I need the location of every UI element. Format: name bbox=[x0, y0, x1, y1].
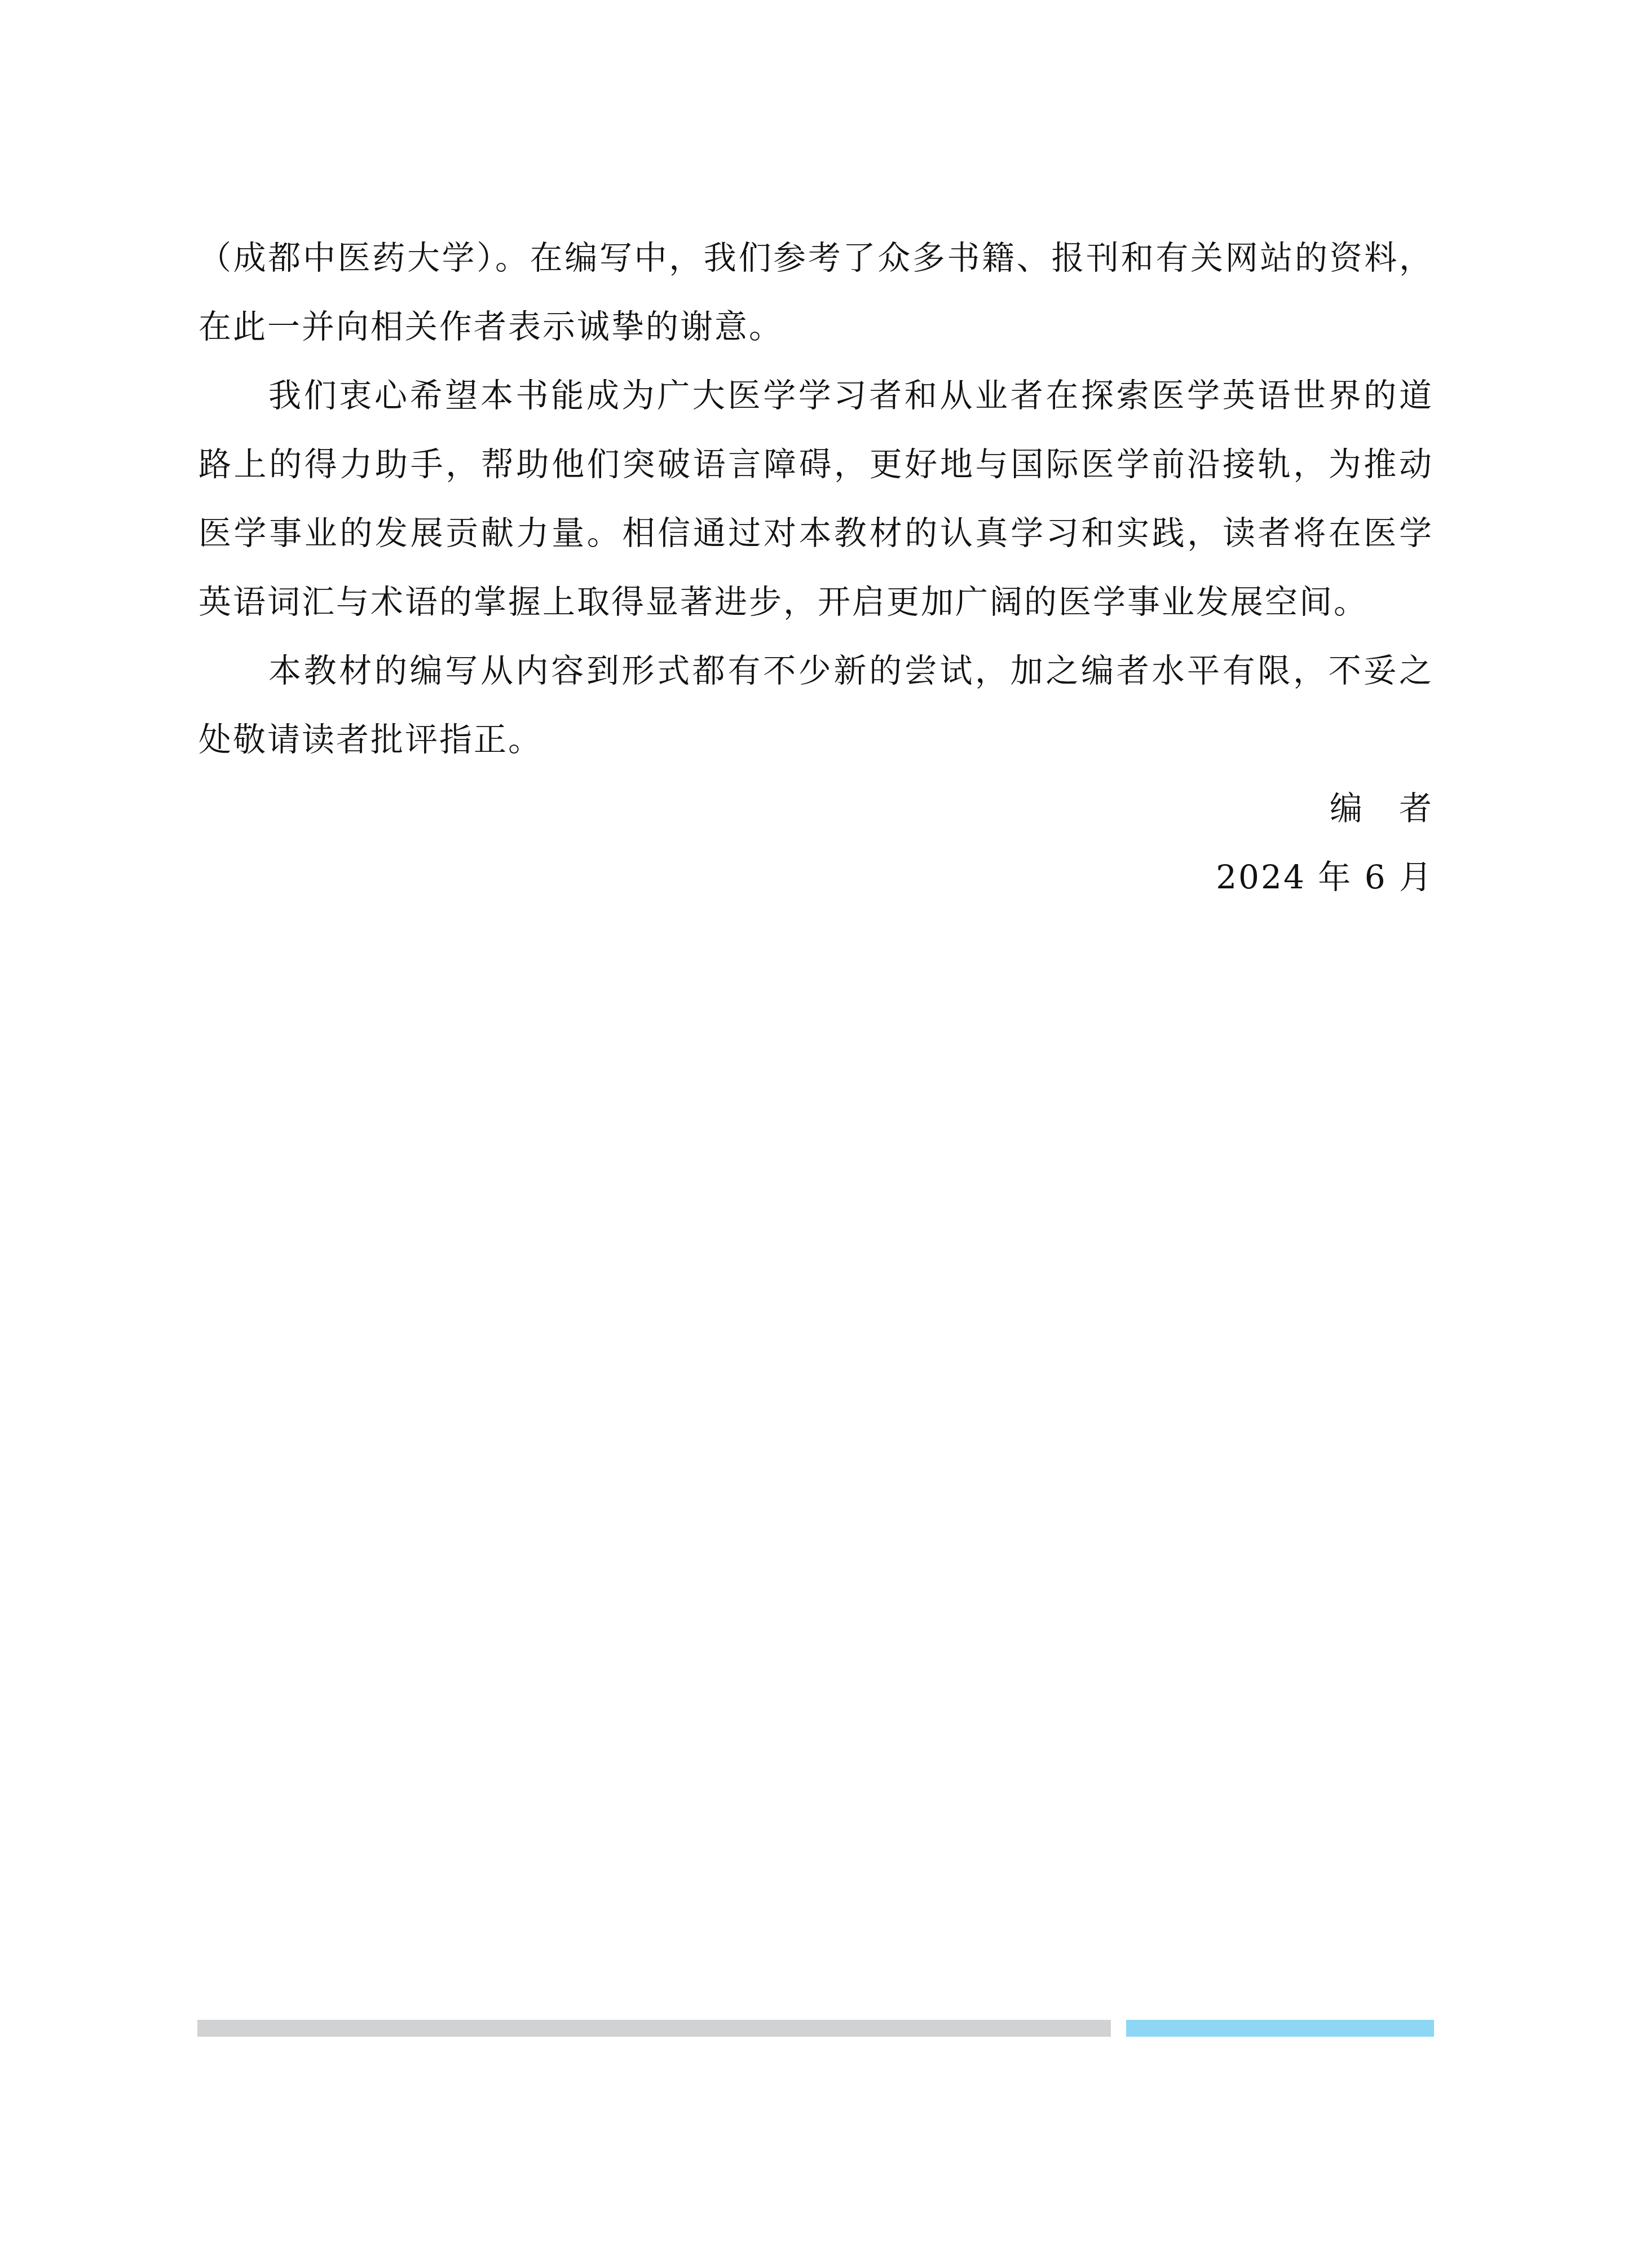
signature-author-char1: 编 bbox=[1330, 789, 1364, 827]
signature-date: 2024 年 6 月 bbox=[198, 843, 1433, 911]
footer-bar-gray bbox=[197, 2020, 1111, 2037]
paragraph-acknowledgement: （成都中医药大学）。在编写中，我们参考了众多书籍、报刊和有关网站的资料，在此一并… bbox=[198, 223, 1433, 361]
footer-bar-blue bbox=[1126, 2020, 1434, 2037]
paragraph-apology: 本教材的编写从内容到形式都有不少新的尝试，加之编者水平有限，不妥之处敬请读者批评… bbox=[198, 636, 1433, 774]
signature-author-char2: 者 bbox=[1399, 789, 1433, 827]
document-body: （成都中医药大学）。在编写中，我们参考了众多书籍、报刊和有关网站的资料，在此一并… bbox=[198, 223, 1433, 911]
paragraph-hope: 我们衷心希望本书能成为广大医学学习者和从业者在探索医学英语世界的道路上的得力助手… bbox=[198, 361, 1433, 636]
footer-decoration bbox=[197, 2020, 1434, 2037]
signature-author: 编者 bbox=[198, 774, 1433, 843]
